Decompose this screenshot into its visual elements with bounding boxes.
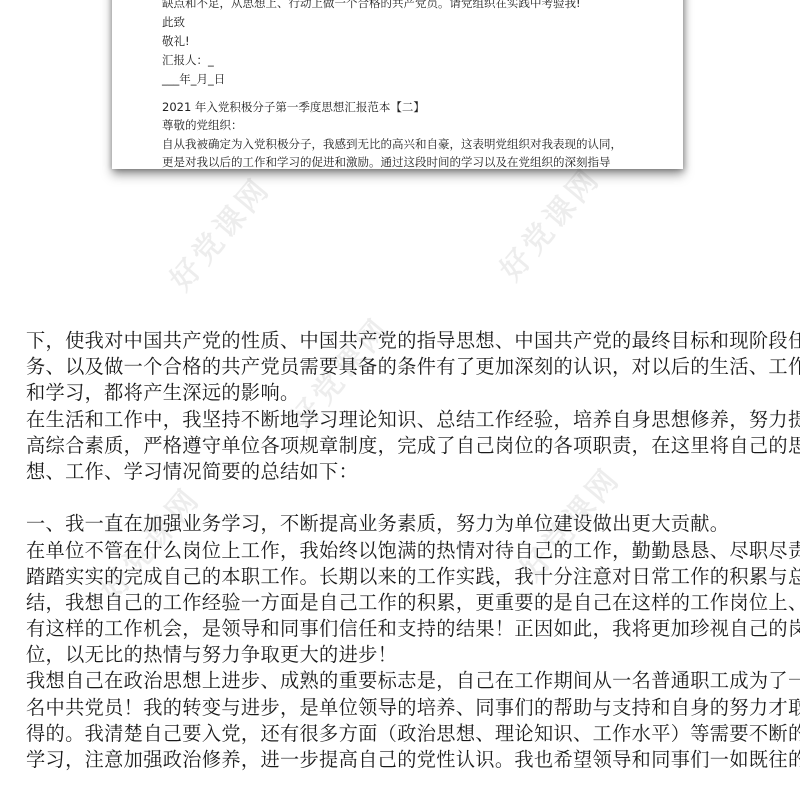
document-page: 缺点和不足，从思想上、行动上做一个合格的共产党员。请党组织在实践中考验我! 此致… bbox=[0, 0, 800, 800]
watermark: 好党课网 bbox=[157, 166, 278, 298]
section-heading: 一、我一直在加强业务学习，不断提高业务素质，努力为单位建设做出更大贡献。 bbox=[26, 511, 786, 537]
text-line: 务、以及做一个合格的共产党员需要具备的条件有了更加深刻的认识，对以后的生活、工作 bbox=[26, 354, 786, 380]
preview-line: 敬礼! bbox=[162, 34, 190, 48]
text-line: 想、工作、学习情况简要的总结如下： bbox=[26, 459, 786, 485]
text-line: 踏踏实实的完成自己的本职工作。长期以来的工作实践，我十分注意对日常工作的积累与总 bbox=[26, 564, 786, 590]
blank-line bbox=[26, 485, 786, 511]
text-line: 和学习，都将产生深远的影响。 bbox=[26, 380, 786, 406]
text-line: 我想自己在政治思想上进步、成熟的重要标志是，自己在工作期间从一名普通职工成为了一 bbox=[26, 668, 786, 694]
text-line: 学习，注意加强政治修养，进一步提高自己的党性认识。我也希望领导和同事们一如既往的 bbox=[26, 747, 786, 773]
body-text: 下，使我对中国共产党的性质、中国共产党的指导思想、中国共产党的最终目标和现阶段任… bbox=[26, 328, 786, 773]
text-line: 在单位不管在什么岗位上工作，我始终以饱满的热情对待自己的工作，勤勤恳恳、尽职尽责… bbox=[26, 538, 786, 564]
text-line: 有这样的工作机会，是领导和同事们信任和支持的结果！正因如此，我将更加珍视自己的岗 bbox=[26, 616, 786, 642]
watermark: 好党课网 bbox=[487, 156, 608, 288]
preview-line: 尊敬的党组织： bbox=[162, 118, 243, 132]
text-line: 在生活和工作中，我坚持不断地学习理论知识、总结工作经验，培养自身思想修养，努力提 bbox=[26, 407, 786, 433]
preview-line: ___年_月_日 bbox=[162, 72, 225, 86]
text-line: 结，我想自己的工作经验一方面是自己工作的积累，更重要的是自己在这样的工作岗位上、 bbox=[26, 590, 786, 616]
text-line: 下，使我对中国共产党的性质、中国共产党的指导思想、中国共产党的最终目标和现阶段任 bbox=[26, 328, 786, 354]
text-line: 位，以无比的热情与努力争取更大的进步！ bbox=[26, 642, 786, 668]
preview-line: 汇报人：_ bbox=[162, 53, 214, 67]
document-preview-card: 缺点和不足，从思想上、行动上做一个合格的共产党员。请党组织在实践中考验我! 此致… bbox=[112, 0, 683, 169]
text-line: 得的。我清楚自己要入党，还有很多方面（政治思想、理论知识、工作水平）等需要不断的 bbox=[26, 721, 786, 747]
preview-line: 此致 bbox=[162, 15, 185, 29]
text-line: 高综合素质，严格遵守单位各项规章制度，完成了自己岗位的各项职责，在这里将自己的思 bbox=[26, 433, 786, 459]
preview-line: 自从我被确定为入党积极分子，我感到无比的高兴和自豪，这表明党组织对我表现的认同， bbox=[162, 137, 622, 151]
preview-heading: 2021 年入党积极分子第一季度思想汇报范本【二】 bbox=[162, 100, 425, 114]
text-line: 名中共党员！我的转变与进步，是单位领导的培养、同事们的帮助与支持和自身的努力才取 bbox=[26, 695, 786, 721]
preview-line: 更是对我以后的工作和学习的促进和激励。通过这段时间的学习以及在党组织的深刻指导 bbox=[162, 155, 611, 169]
preview-line: 缺点和不足，从思想上、行动上做一个合格的共产党员。请党组织在实践中考验我! bbox=[162, 0, 581, 10]
